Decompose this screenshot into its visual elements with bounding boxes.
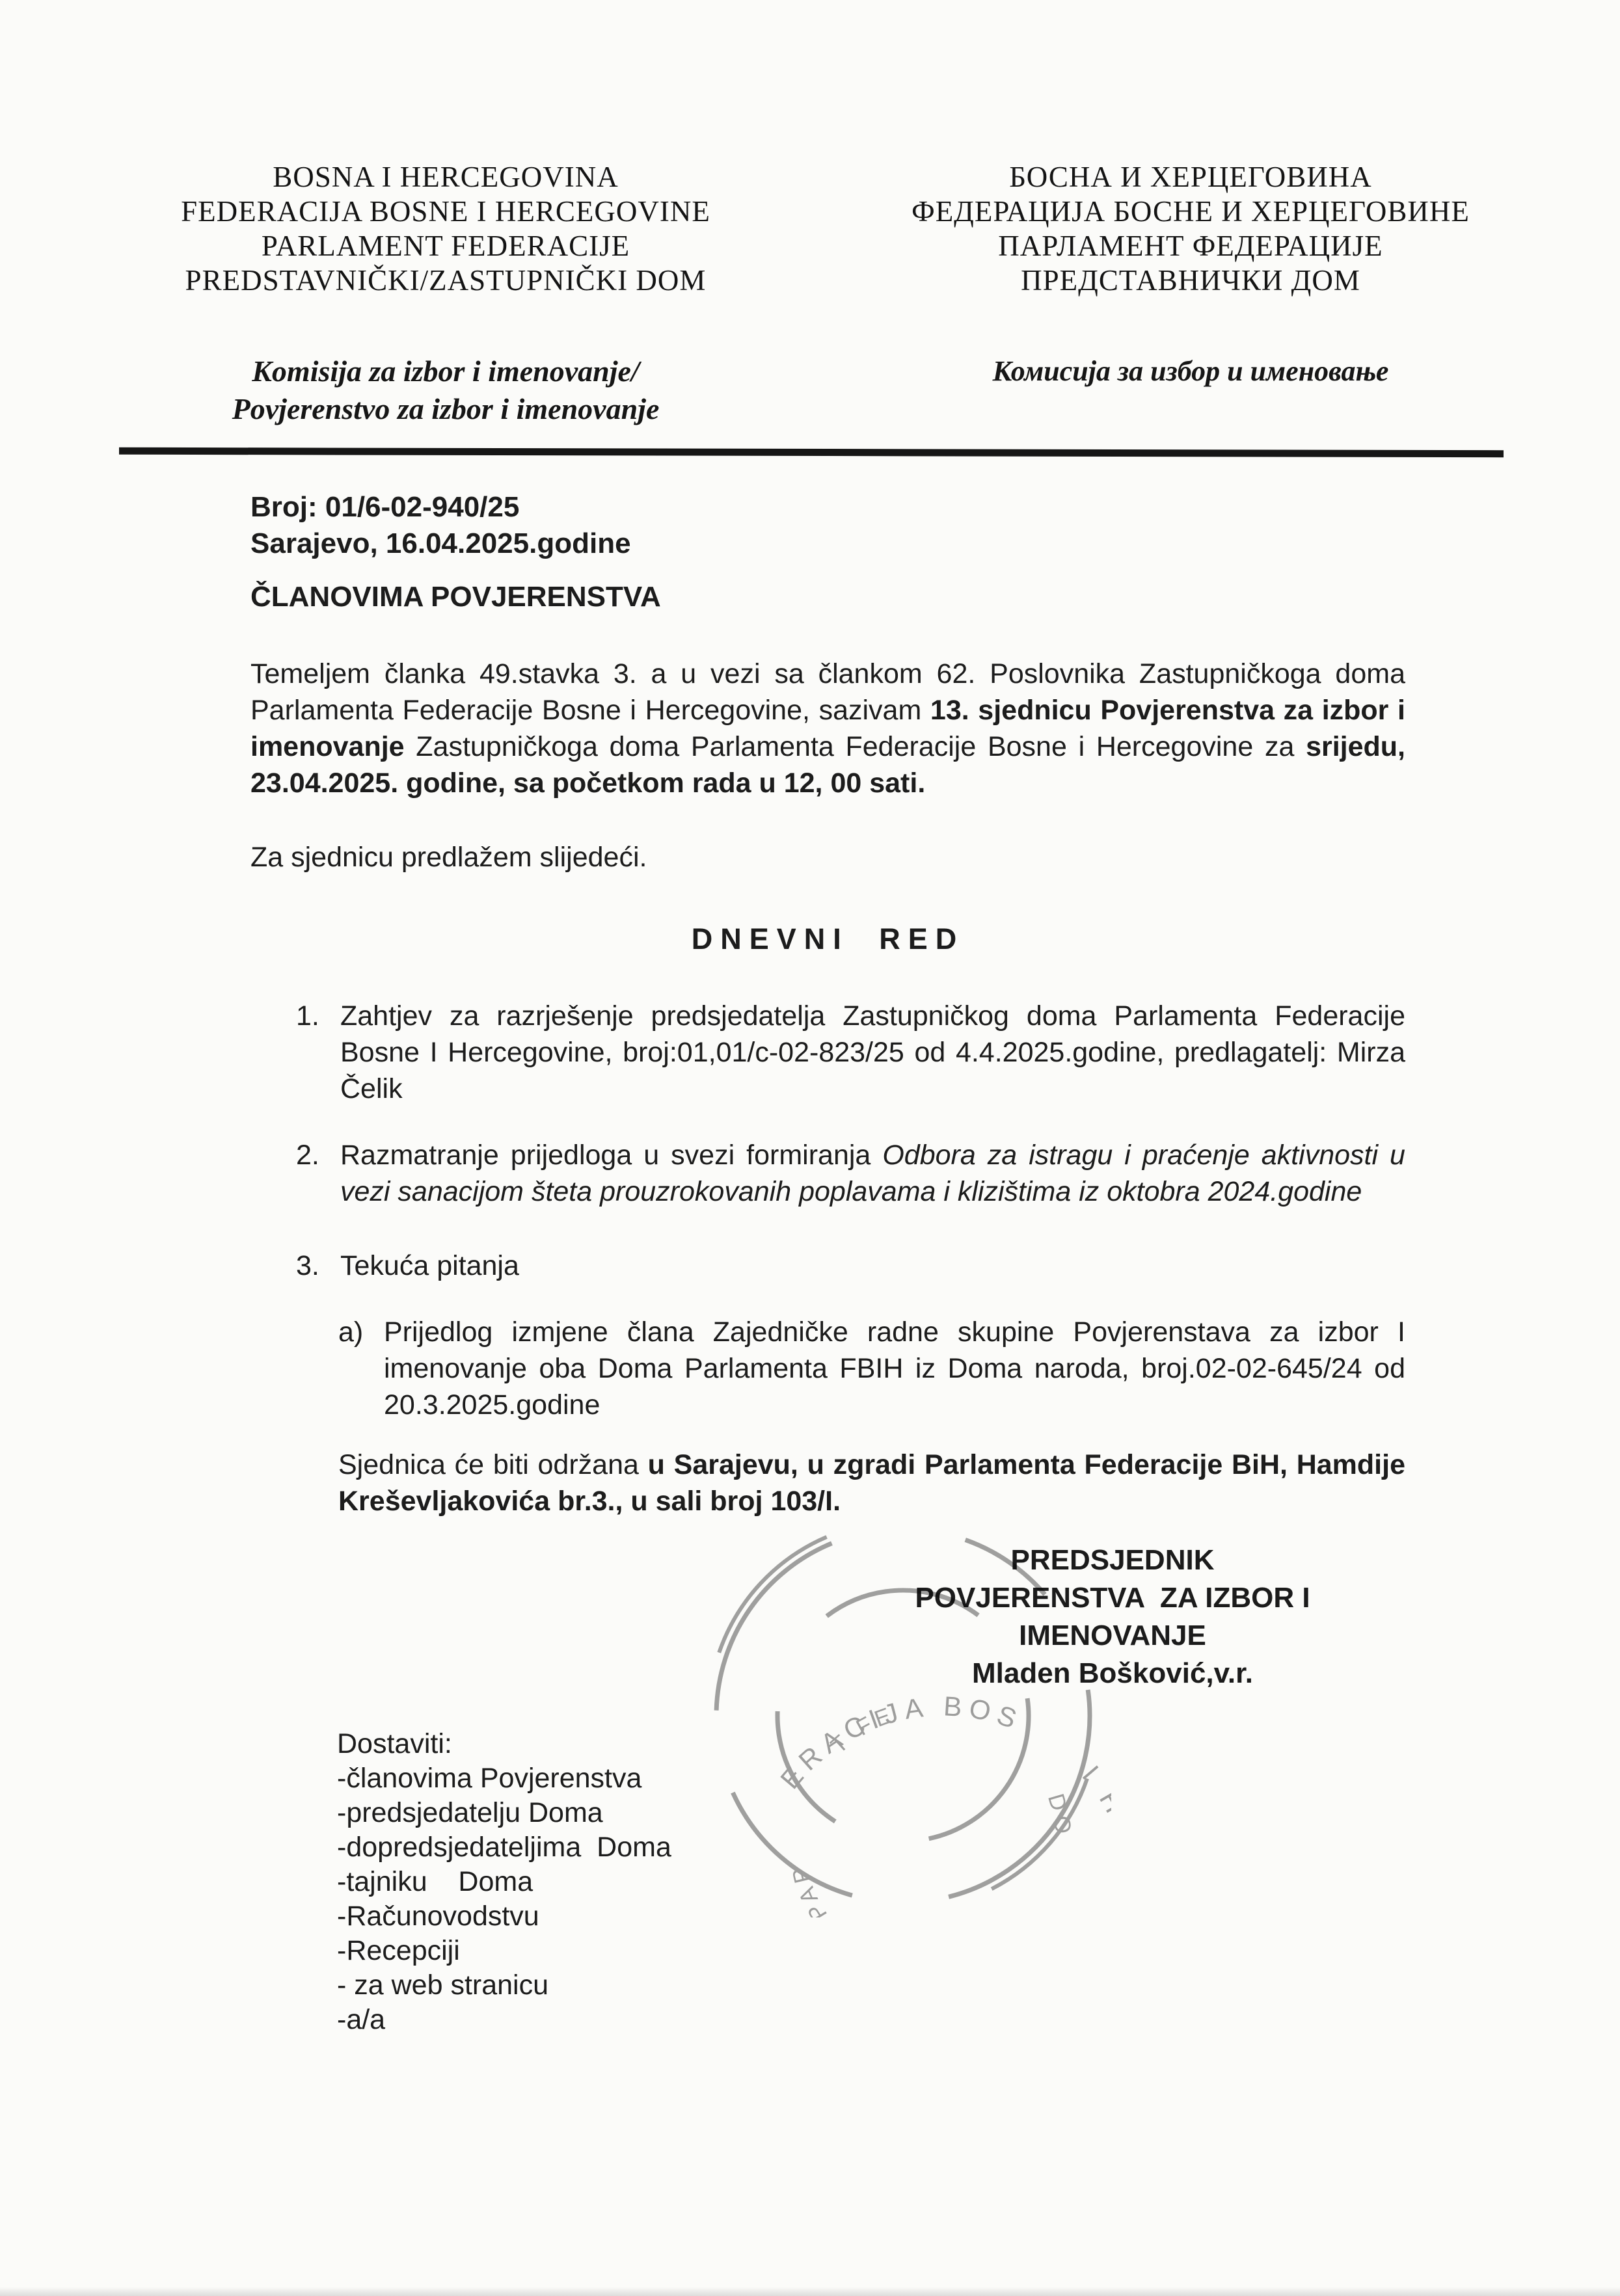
svg-text:I HERC: I HERC: [1074, 1755, 1111, 1901]
stamp-text-inner-bottom: PAP: [786, 1859, 833, 1917]
distribution-entry: -predsjedatelju Doma: [337, 1796, 671, 1830]
letterhead-left-line: FEDERACIJA BOSNE I HERCEGOVINE: [111, 194, 781, 229]
stamp-text-outer-left: ERACIJA BOS: [766, 1677, 1034, 1797]
agenda-item-3-text: Tekuća pitanja: [340, 1248, 1405, 1284]
signature-line: PREDSJEDNIK: [878, 1542, 1347, 1579]
agenda-item-2-number: 2.: [296, 1137, 340, 1210]
letterhead-right-line: ПАРЛАМЕНТ ФЕДЕРАЦИЈЕ: [839, 229, 1542, 263]
letterhead-left-subtitle-line: Komisija za izbor i imenovanje/: [111, 353, 781, 390]
letterhead-left: BOSNA I HERCEGOVINAFEDERACIJA BOSNE I HE…: [111, 160, 781, 298]
letterhead-left-subtitle-line: Povjerenstvo za izbor i imenovanje: [111, 390, 781, 428]
agenda-sub-item-a-text: Prijedlog izmjene člana Zajedničke radne…: [384, 1314, 1405, 1423]
signature-block: PREDSJEDNIKPOVJERENSTVA ZA IZBOR IIMENOV…: [878, 1542, 1347, 1692]
text-run: Zahtjev za razrješenje predsjedatelja Za…: [340, 1000, 1405, 1104]
letterhead-left-line: PREDSTAVNIČKI/ZASTUPNIČKI DOM: [111, 263, 781, 298]
distribution-entry: -tajniku Doma: [337, 1865, 671, 1899]
distribution-title: Dostaviti:: [337, 1727, 671, 1761]
agenda-item-2: 2. Razmatranje prijedloga u svezi formir…: [296, 1137, 1405, 1210]
scanned-letter-page: BOSNA I HERCEGOVINAFEDERACIJA BOSNE I HE…: [0, 0, 1620, 2296]
signature-line: Mladen Bošković,v.r.: [878, 1655, 1347, 1692]
distribution-entry: - za web stranicu: [337, 1968, 671, 2003]
letterhead-left-subtitle: Komisija za izbor i imenovanje/Povjerens…: [111, 353, 781, 428]
letterhead-left-line: BOSNA I HERCEGOVINA: [111, 160, 781, 194]
svg-text:DO: DO: [1042, 1791, 1077, 1841]
divider-rule: [119, 447, 1504, 457]
letter-body: Broj: 01/6-02-940/25 Sarajevo, 16.04.202…: [250, 489, 1405, 1519]
letterhead-left-line: PARLAMENT FEDERACIJE: [111, 229, 781, 263]
text-run: Prijedlog izmjene člana Zajedničke radne…: [384, 1316, 1405, 1421]
agenda-sub-item-a: a) Prijedlog izmjene člana Zajedničke ra…: [338, 1314, 1405, 1423]
svg-text:ERACIJA BOS: ERACIJA BOS: [766, 1677, 1034, 1797]
text-run: Tekuća pitanja: [340, 1250, 519, 1281]
agenda-item-1: 1. Zahtjev za razrješenje predsjedatelja…: [296, 998, 1405, 1107]
reference-date: Sarajevo, 16.04.2025.godine: [250, 526, 1405, 562]
agenda-title: DNEVNI RED: [250, 921, 1405, 957]
distribution-entry: -članovima Povjerenstva: [337, 1761, 671, 1796]
reference-number: Broj: 01/6-02-940/25: [250, 489, 1405, 526]
agenda-item-2-text: Razmatranje prijedloga u svezi formiranj…: [340, 1137, 1405, 1210]
agenda-item-3-number: 3.: [296, 1248, 340, 1284]
text-run: Razmatranje prijedloga u svezi formiranj…: [340, 1140, 882, 1171]
distribution-block: Dostaviti: -članovima Povjerenstva-preds…: [337, 1727, 671, 2037]
agenda-sub-item-a-number: a): [338, 1314, 384, 1423]
agenda-list: 1. Zahtjev za razrješenje predsjedatelja…: [250, 998, 1405, 1423]
letterhead-right-line: ПРЕДСТАВНИЧКИ ДОМ: [839, 263, 1542, 298]
proposal-line: Za sjednicu predlažem slijedeći.: [250, 839, 1405, 875]
agenda-item-1-number: 1.: [296, 998, 340, 1107]
letterhead-right-subtitle: Комисија за избор и именовање: [839, 353, 1542, 390]
intro-paragraph: Temeljem članka 49.stavka 3. a u vezi sa…: [250, 656, 1405, 801]
distribution-entry: -dopredsjedateljima Doma: [337, 1830, 671, 1865]
signature-line: POVJERENSTVA ZA IZBOR I: [878, 1579, 1347, 1617]
stamp-text-inner-left: T FE: [822, 1701, 902, 1761]
distribution-entry: -Recepciji: [337, 1934, 671, 1968]
agenda-item-3: 3. Tekuća pitanja: [296, 1248, 1405, 1284]
signature-line: IMENOVANJE: [878, 1617, 1347, 1655]
venue-paragraph: Sjednica će biti održana u Sarajevu, u z…: [338, 1447, 1405, 1519]
stamp-text-outer-top: I HERC: [1074, 1755, 1111, 1901]
addressee: ČLANOVIMA POVJERENSTVA: [250, 579, 1405, 615]
letterhead-right: БОСНА И ХЕРЦЕГОВИНАФЕДЕРАЦИЈА БОСНЕ И ХЕ…: [839, 160, 1542, 298]
letterhead-right-line: ФЕДЕРАЦИЈА БОСНЕ И ХЕРЦЕГОВИНЕ: [839, 194, 1542, 229]
distribution-entry: -Računovodstvu: [337, 1899, 671, 1934]
letterhead-right-subtitle-line: Комисија за избор и именовање: [839, 353, 1542, 390]
stamp-text-inner-top: DO: [1042, 1791, 1077, 1841]
text-run: Sjednica će biti održana: [338, 1449, 648, 1480]
distribution-entries: -članovima Povjerenstva-predsjedatelju D…: [337, 1761, 671, 2037]
text-run: Zastupničkoga doma Parlamenta Federacije…: [405, 731, 1306, 762]
agenda-item-1-text: Zahtjev za razrješenje predsjedatelja Za…: [340, 998, 1405, 1107]
distribution-entry: -a/a: [337, 2003, 671, 2037]
svg-text:T FE: T FE: [822, 1701, 902, 1761]
svg-text:PAP: PAP: [786, 1859, 833, 1917]
letterhead-right-line: БОСНА И ХЕРЦЕГОВИНА: [839, 160, 1542, 194]
